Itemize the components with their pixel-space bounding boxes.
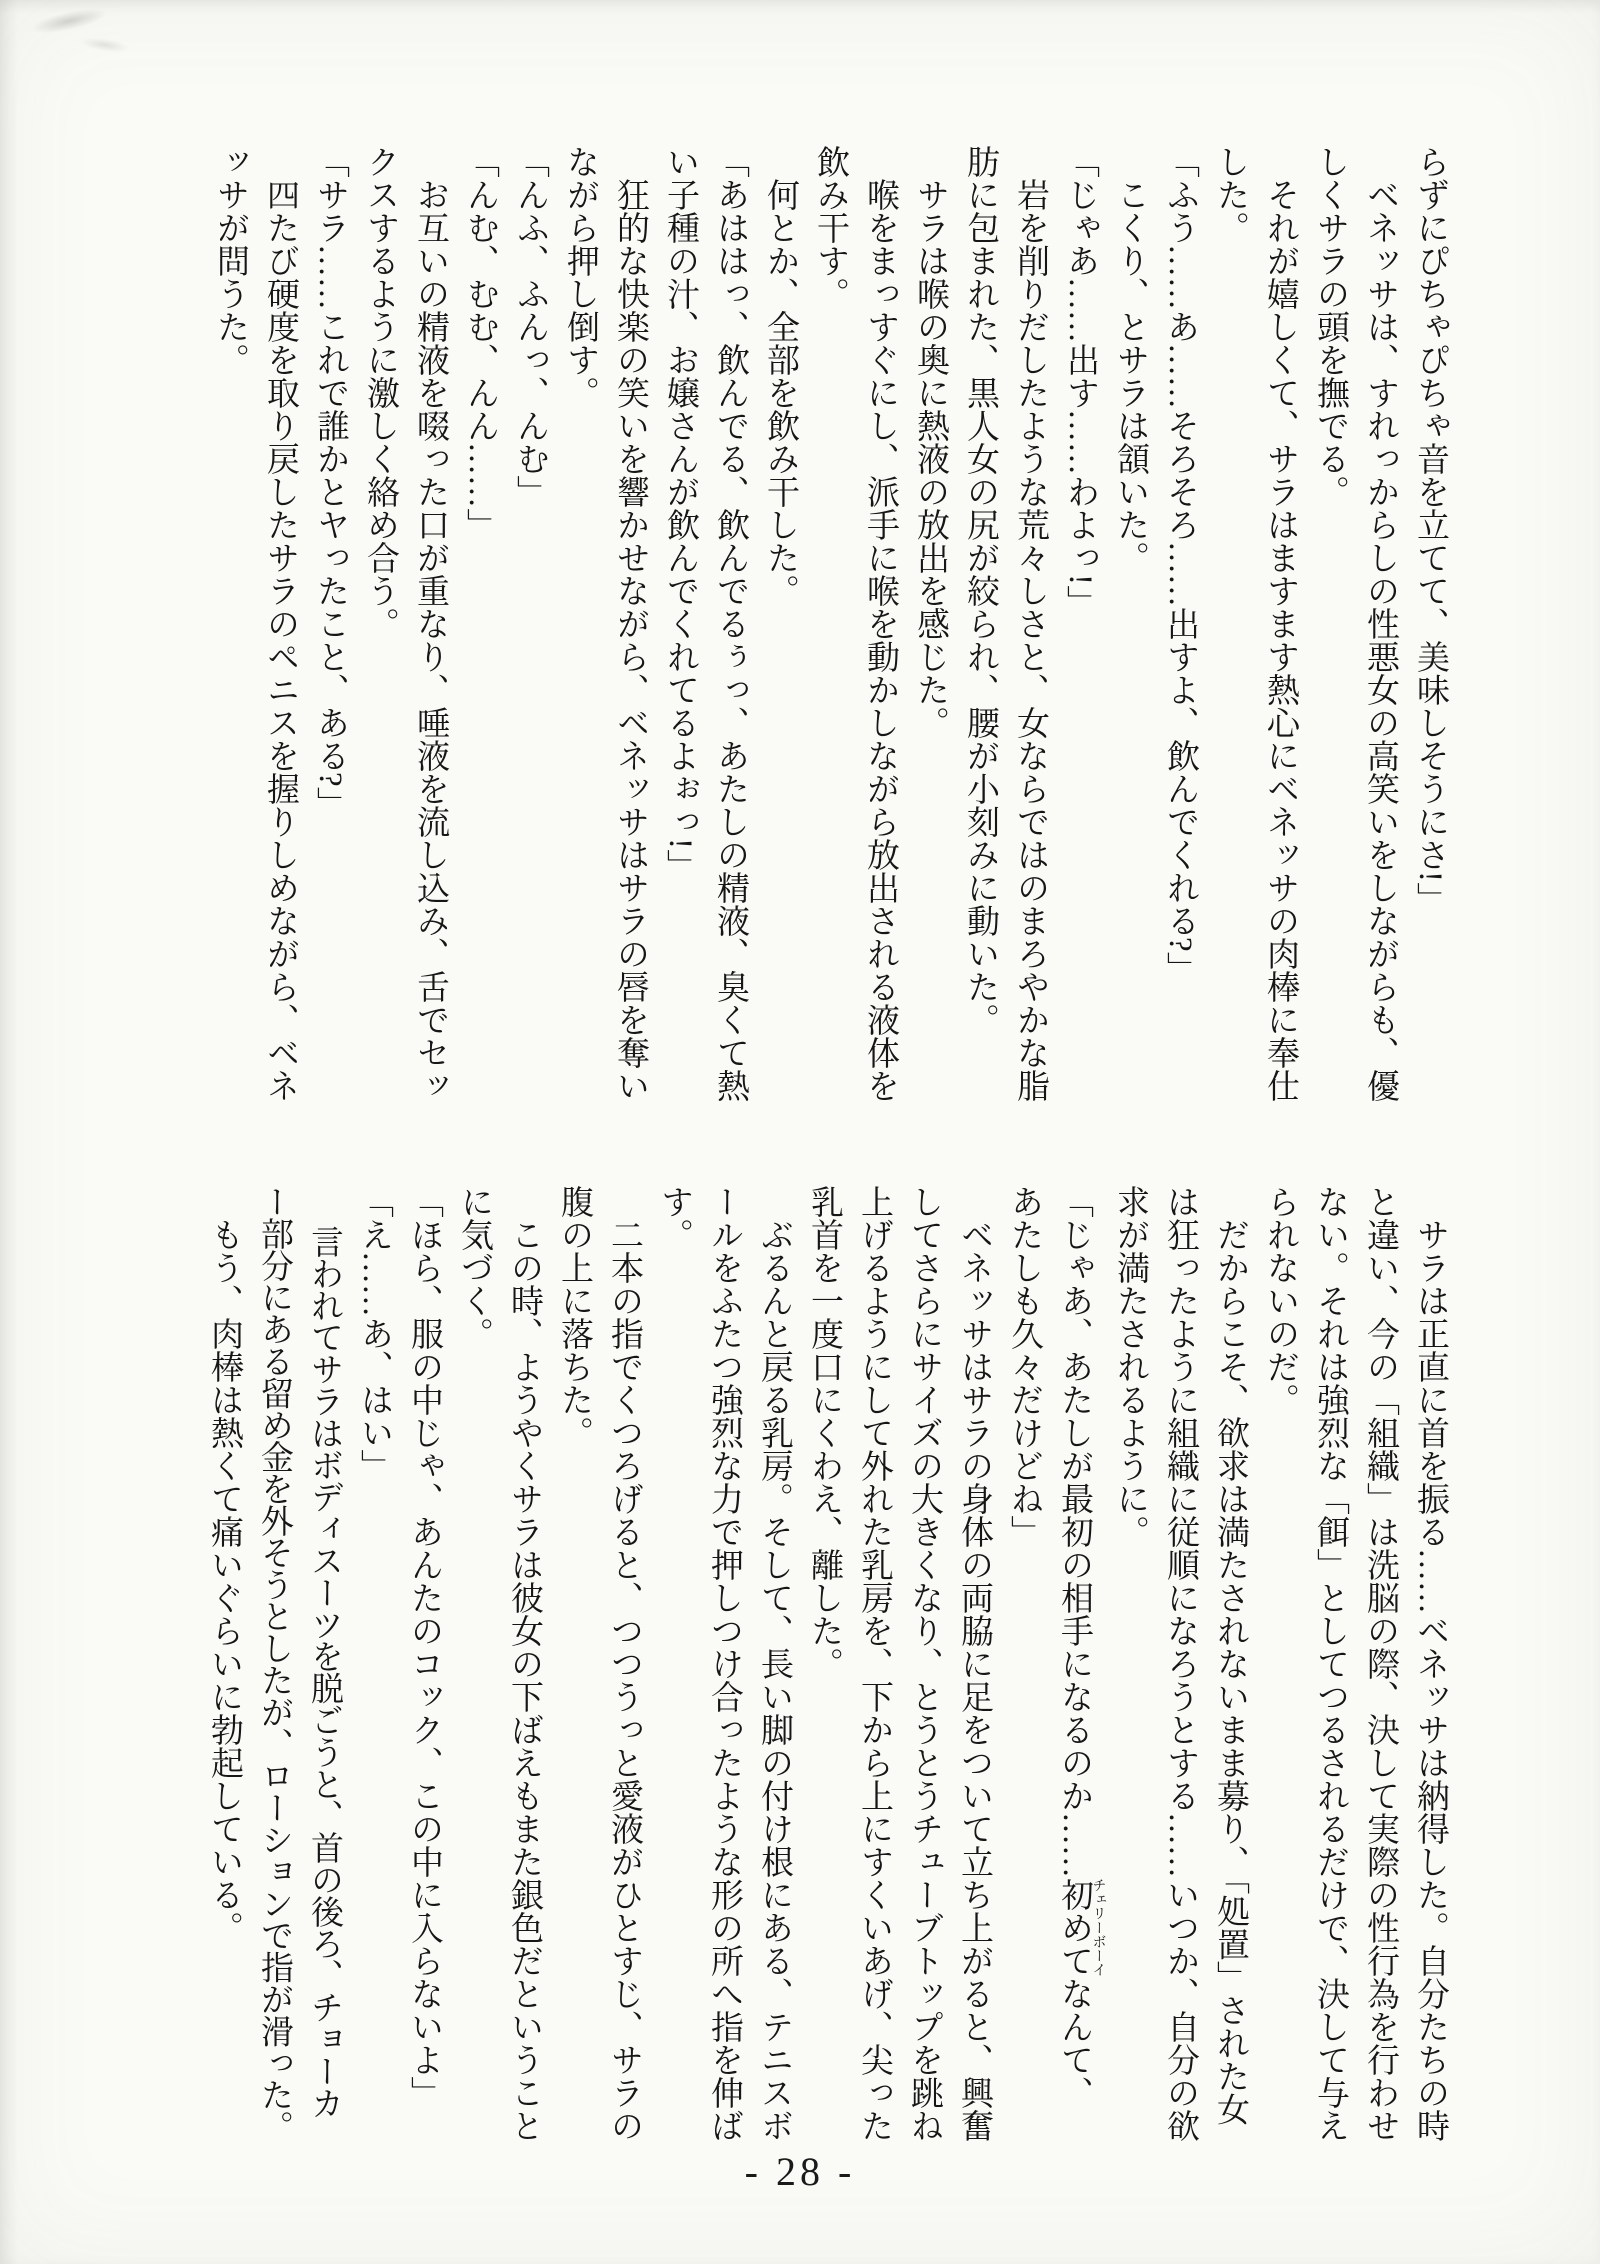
paragraph: サラは正直に首を振る……ベネッサは納得した。自分たちの時 と違い、今の「組織」は… — [1255, 1185, 1455, 2165]
paragraph: それが嬉しくて、サラはますます熱心にベネッサの肉棒に奉仕 した。 — [1205, 145, 1305, 1125]
paragraph: この時、ようやくサラは彼女の下ばえもまた銀色だということ に気づく。 — [449, 1185, 549, 2165]
paragraph: 「あははっ、飲んでる、飲んでるぅっ、あたしの精液、臭くて熱 い子種の汁、お嬢さん… — [655, 145, 755, 1125]
paragraph: 四たび硬度を取り戻したサラのペニスを握りしめながら、ベネ ッサが問うた。 — [205, 145, 305, 1125]
paragraph: 「じゃあ……出す……わよっ!」 — [1055, 145, 1105, 1125]
paragraph: お互いの精液を啜った口が重なり、唾液を流し込み、舌でセッ クスするように激しく絡… — [355, 145, 455, 1125]
paragraph: 「サラ……これで誰かとヤったこと、ある?」 — [305, 145, 355, 1125]
page-edge-shading — [0, 0, 1600, 14]
paragraph: ベネッサはサラの身体の両脇に足をついて立ち上がると、興奮 してさらにサイズの大き… — [799, 1185, 999, 2165]
paragraph: らずにぴちゃぴちゃ音を立てて、美味しそうにさ!」 — [1405, 145, 1455, 1125]
scan-smudge — [12, 0, 125, 45]
paragraph: 喉をまっすぐにし、派手に喉を動かしながら放出される液体を 飲み干す。 — [805, 145, 905, 1125]
paragraph: だからこそ、欲求は満たされないまま募り、「処置」された女 は狂ったように組織に従… — [1105, 1185, 1255, 2165]
paragraph: サラは喉の奥に熱液の放出を感じた。 — [905, 145, 955, 1125]
paragraph: 二本の指でくつろげると、つつうっと愛液がひとすじ、サラの 腹の上に落ちた。 — [549, 1185, 649, 2165]
paragraph: こくり、とサラは頷いた。 — [1105, 145, 1155, 1125]
paragraph: ベネッサは、すれっからしの性悪女の高笑いをしながらも、優 しくサラの頭を撫でる。 — [1305, 145, 1405, 1125]
paragraph: 言われてサラはボディスーツを脱ごうと、首の後ろ、チョーカ ー部分にある留め金を外… — [249, 1185, 349, 2165]
page-edge-shading — [0, 0, 18, 2264]
page-number: - 28 - — [0, 2148, 1600, 2195]
paragraph: 「んふ、ふんっ、んむ」 — [505, 145, 555, 1125]
paragraph: 「ほら、服の中じゃ、あんたのコック、この中に入らないよ」 — [399, 1185, 449, 2165]
paragraph: ぶるんと戻る乳房。そして、長い脚の付け根にある、テニスボ ールをふたつ強烈な力で… — [649, 1185, 799, 2165]
upper-text-block: らずにぴちゃぴちゃ音を立てて、美味しそうにさ!」ベネッサは、すれっからしの性悪女… — [205, 145, 1455, 1125]
paragraph: 岩を削りだしたような荒々しさと、女ならではのまろやかな脂 肪に包まれた、黒人女の… — [955, 145, 1055, 1125]
paragraph: 「え……あ、はい」 — [349, 1185, 399, 2165]
ruby-annotation: 初めてチェリーボーイ — [1056, 1878, 1092, 1977]
paragraph: 「じゃあ、あたしが最初の相手になるのか……初めてチェリーボーイなんて、 あたしも… — [999, 1185, 1105, 2165]
paragraph: 「ふう……あ……そろそろ……出すよ、飲んでくれる?」 — [1155, 145, 1205, 1125]
paragraph: 何とか、全部を飲み干した。 — [755, 145, 805, 1125]
scanned-novel-page: らずにぴちゃぴちゃ音を立てて、美味しそうにさ!」ベネッサは、すれっからしの性悪女… — [0, 0, 1600, 2264]
scan-smudge — [69, 31, 141, 59]
paragraph: 狂的な快楽の笑いを響かせながら、ベネッサはサラの唇を奪い ながら押し倒す。 — [555, 145, 655, 1125]
paragraph: もう、肉棒は熱くて痛いぐらいに勃起している。 — [199, 1185, 249, 2165]
paragraph: 「んむ、むむ、んん……」 — [455, 145, 505, 1125]
lower-text-block: サラは正直に首を振る……ベネッサは納得した。自分たちの時 と違い、今の「組織」は… — [199, 1185, 1455, 2165]
